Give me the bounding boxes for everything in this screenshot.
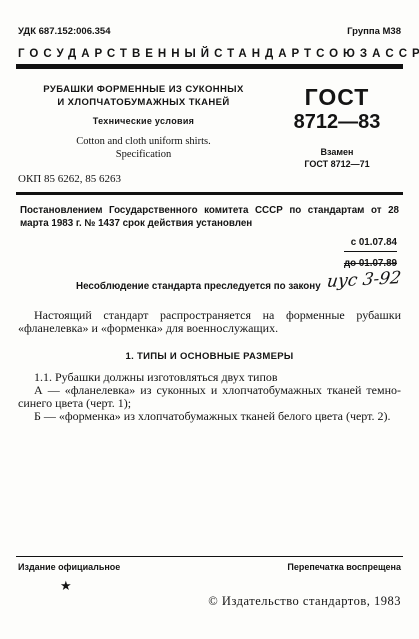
udk-code: УДК 687.152:006.354 <box>18 26 110 37</box>
intro-paragraph: Настоящий стандарт распространяется на ф… <box>18 309 401 335</box>
clause-1-1: 1.1. Рубашки должны изготовляться двух т… <box>18 371 401 384</box>
effective-from-date: с 01.07.84 <box>16 237 397 248</box>
standard-designation: ГОСТ 8712—83 Взамен ГОСТ 8712—71 <box>271 84 403 169</box>
group-code: Группа М38 <box>347 26 401 37</box>
copyright-line: © Издательство стандартов, 1983 <box>16 594 403 609</box>
title-block: РУБАШКИ ФОРМЕННЫЕ ИЗ СУКОННЫХ И ХЛОПЧАТО… <box>16 84 271 169</box>
section-1-heading: 1. ТИПЫ И ОСНОВНЫЕ РАЗМЕРЫ <box>18 351 401 362</box>
document-title-ru: РУБАШКИ ФОРМЕННЫЕ ИЗ СУКОННЫХ И ХЛОПЧАТО… <box>16 84 271 109</box>
document-title-en: Cotton and cloth uniform shirts. Specifi… <box>16 136 271 161</box>
masthead-word: СТАНДАРТ <box>214 48 316 60</box>
type-a-paragraph: А — «фланелевка» из суконных и хлопчатоб… <box>18 384 401 410</box>
star-mark: ★ <box>16 579 403 592</box>
classification-row: УДК 687.152:006.354 Группа М38 <box>16 26 403 37</box>
official-edition-label: Издание официальное <box>18 562 120 572</box>
law-notice-row: Несоблюдение стандарта преследуется по з… <box>16 273 403 295</box>
page-footer: Издание официальное Перепечатка воспреще… <box>16 556 403 610</box>
type-b-paragraph: Б — «форменка» из хлопчатобумажных ткане… <box>18 410 401 423</box>
masthead-word: ГОСУДАРСТВЕННЫЙ <box>18 48 214 60</box>
effective-to-date-struck: до 01.07.89 <box>344 258 397 269</box>
masthead-word: ССР <box>385 48 419 60</box>
footer-rule <box>16 556 403 558</box>
gost-label: ГОСТ <box>271 86 403 109</box>
replaces-label: Взамен <box>271 147 403 157</box>
document-subtitle: Технические условия <box>16 116 271 126</box>
title-header: РУБАШКИ ФОРМЕННЫЕ ИЗ СУКОННЫХ И ХЛОПЧАТО… <box>16 84 403 169</box>
replaces-number: ГОСТ 8712—71 <box>271 159 403 169</box>
blank-area <box>16 423 403 556</box>
okp-codes: ОКП 85 6262, 85 6263 <box>16 173 403 185</box>
handwritten-annotation: иус 3-92 <box>326 267 402 291</box>
divider-rule <box>16 192 403 195</box>
masthead: ГОСУДАРСТВЕННЫЙ СТАНДАРТ СОЮЗА ССР <box>16 48 403 60</box>
masthead-word: СОЮЗА <box>316 48 385 60</box>
masthead-rule <box>16 64 403 69</box>
gost-number: 8712—83 <box>271 111 403 133</box>
effective-to-wrap: до 01.07.89 <box>344 251 397 271</box>
document-body: Настоящий стандарт распространяется на ф… <box>16 309 403 423</box>
validity-dates: с 01.07.84 до 01.07.89 <box>16 237 403 271</box>
gost-document-page: УДК 687.152:006.354 Группа М38 ГОСУДАРСТ… <box>0 0 419 639</box>
reprint-notice-label: Перепечатка воспрещена <box>287 562 401 572</box>
decree-paragraph: Постановлением Государственного комитета… <box>16 204 403 230</box>
law-notice: Несоблюдение стандарта преследуется по з… <box>76 281 321 292</box>
footer-labels: Издание официальное Перепечатка воспреще… <box>16 562 403 572</box>
